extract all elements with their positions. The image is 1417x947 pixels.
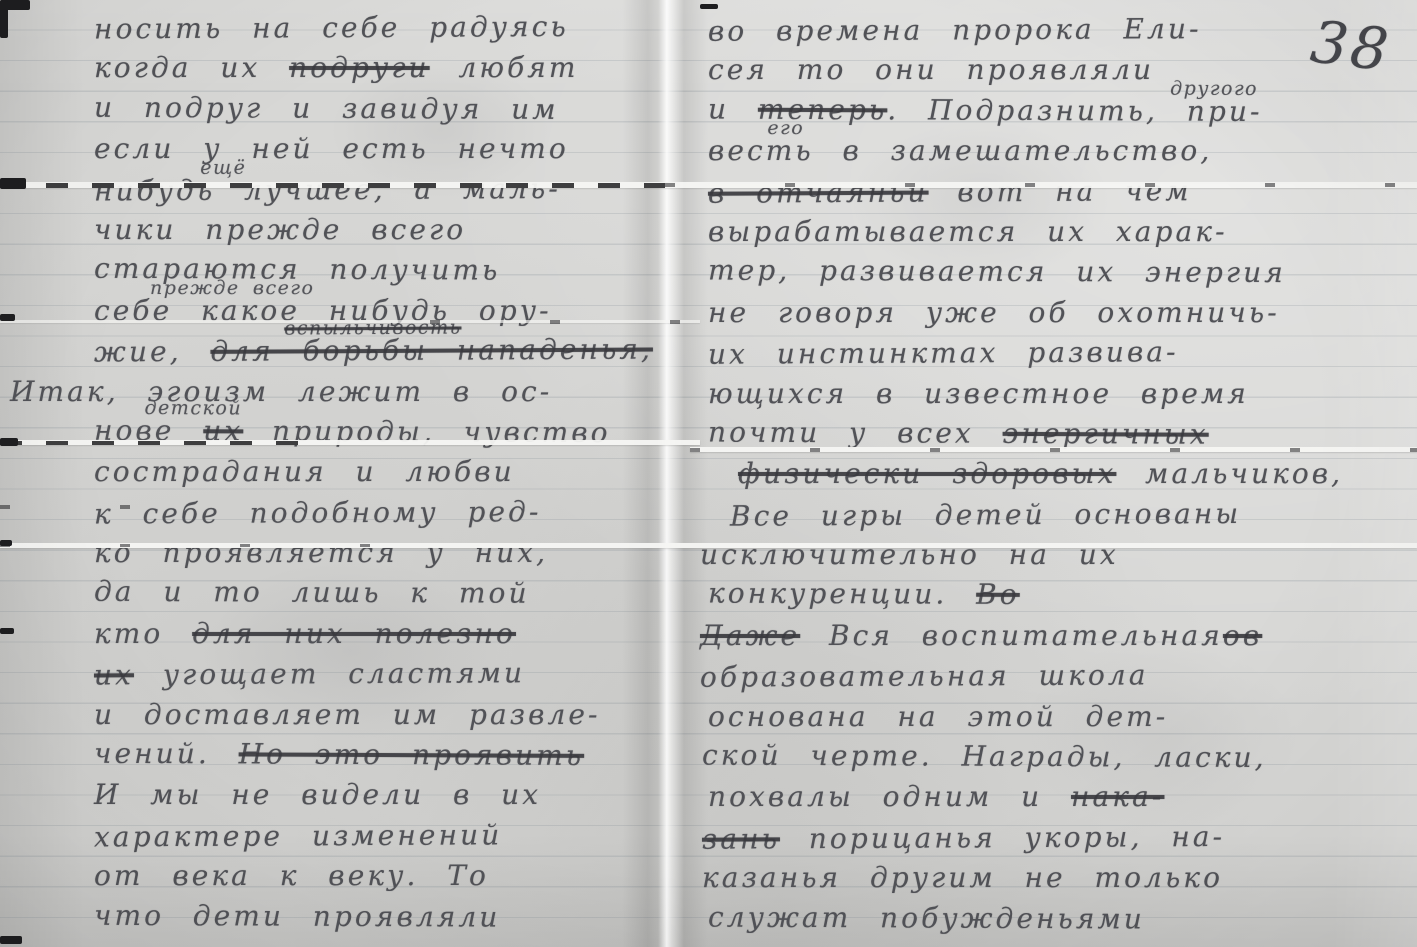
handwritten-text: весть в замешательство, xyxy=(708,134,1212,167)
handwritten-line: и подруг и завидуя им xyxy=(94,88,654,131)
inserted-word: его xyxy=(767,119,804,138)
handwritten-line: не говоря уже об охотничь- xyxy=(708,293,1368,333)
handwritten-text: ющихся в известное время xyxy=(708,377,1249,410)
handwritten-line: сея то они проявляли xyxy=(708,50,1368,90)
handwritten-line: образовательная школа xyxy=(700,655,1368,699)
handwritten-line: в отчаяньи вот на чем xyxy=(708,170,1368,214)
handwritten-text: служат побужденьями xyxy=(708,900,1145,935)
handwritten-line: физически здоровых мальчиков, xyxy=(738,454,1368,494)
struck-text: зань xyxy=(702,822,780,855)
handwritten-text: да и то лишь к той xyxy=(94,575,530,610)
handwritten-line: от века к веку. То xyxy=(94,856,654,896)
handwritten-line: и доставляет им развле- xyxy=(94,695,654,735)
struck-text: энергичных xyxy=(1003,417,1209,451)
handwritten-text: порицанья укоры, на- xyxy=(780,820,1225,855)
handwritten-line: во времена пророка Ели- xyxy=(708,8,1368,52)
handwritten-text: и xyxy=(708,92,758,125)
handwritten-line: и теперь. Подразнить, при-другого xyxy=(708,89,1368,132)
page-number: 38 xyxy=(1307,7,1395,84)
handwritten-text: если у ней есть нечто xyxy=(94,132,569,165)
struck-text: физически здоровых xyxy=(738,457,1116,490)
handwritten-line: конкуренции. Во xyxy=(708,574,1368,617)
handwritten-line: вырабатывается их харак- xyxy=(708,212,1368,252)
handwritten-line: основана на этой дет- xyxy=(708,697,1368,737)
handwritten-line: их инстинктах развива- xyxy=(708,331,1368,375)
scan-artifact-mark xyxy=(700,4,718,9)
struck-text: Даже xyxy=(700,619,800,652)
handwritten-text: ко проявляется у них, xyxy=(94,536,548,569)
handwritten-text: угощает сластями xyxy=(134,656,525,691)
handwritten-line: тер, развивается их энергия xyxy=(708,251,1368,294)
handwritten-line: Все игры детей основаны xyxy=(730,493,1368,537)
handwritten-line: весть в замешательство,его xyxy=(708,131,1368,171)
handwritten-line: почти у всех энергичных xyxy=(708,412,1368,455)
left-page: носить на себе радуяськогда их подруги л… xyxy=(94,8,654,937)
handwritten-text: конкуренции. xyxy=(708,577,976,611)
handwritten-text: и подруг и завидуя им xyxy=(94,91,559,126)
handwritten-line: да и то лишь к той xyxy=(94,572,654,615)
handwritten-text: когда их xyxy=(94,51,289,84)
inserted-word: детской xyxy=(144,399,242,418)
handwritten-text: Все игры детей основаны xyxy=(730,497,1241,533)
handwritten-line: ской черте. Награды, ласки, xyxy=(702,736,1368,779)
handwritten-text: чений. xyxy=(94,737,239,771)
handwritten-line: если у ней есть нечто xyxy=(94,129,654,169)
handwritten-text: вырабатывается их харак- xyxy=(708,215,1228,248)
handwritten-text: тер, развивается их энергия xyxy=(708,254,1286,290)
struck-text: ов xyxy=(1223,619,1262,652)
handwritten-line: Итак, эгоизм лежит в ос- xyxy=(10,372,654,412)
scan-artifact-mark xyxy=(0,540,12,546)
struck-text: в отчаяньи xyxy=(708,175,929,209)
handwritten-text: сея то они проявляли xyxy=(708,53,1154,86)
handwritten-line: характере изменений xyxy=(94,814,654,857)
inserted-word: прежде всего xyxy=(150,279,315,298)
struck-text: Во xyxy=(976,578,1020,611)
struck-text: подруги xyxy=(289,51,430,84)
handwritten-text: чики прежде всего xyxy=(94,213,466,246)
handwritten-line: Даже Вся воспитательнаяов xyxy=(700,616,1368,656)
handwritten-text: ской черте. Награды, ласки, xyxy=(702,739,1267,774)
handwritten-line: ющихся в известное время xyxy=(708,374,1368,414)
handwritten-line: кто для них полезно xyxy=(94,614,654,654)
handwritten-text: характере изменений xyxy=(94,818,502,853)
handwritten-line: когда их подруги любят xyxy=(94,48,654,88)
handwritten-line: казанья другим не только xyxy=(702,858,1368,898)
handwritten-text: жие, xyxy=(94,335,211,369)
handwritten-text: их инстинктах развива- xyxy=(708,335,1179,370)
handwritten-line: исключительно на их xyxy=(700,535,1368,575)
handwritten-line: к себе подобному ред- xyxy=(94,491,654,534)
handwritten-line: что дети проявляли xyxy=(94,895,654,938)
handwritten-line: похвалы одним и нака- xyxy=(708,777,1368,817)
handwritten-line: их угощает сластями xyxy=(94,653,654,696)
handwritten-text: природы, чувство xyxy=(243,414,610,449)
handwritten-line: служат побужденьями xyxy=(708,897,1368,940)
handwritten-text: вот на чем xyxy=(928,174,1191,208)
handwritten-line: чики прежде всего xyxy=(94,210,654,250)
scan-artifact-mark xyxy=(0,438,18,446)
inserted-word: другого xyxy=(1170,79,1258,98)
handwritten-text: почти у всех xyxy=(708,415,1003,449)
handwritten-text: казанья другим не только xyxy=(702,861,1223,894)
handwritten-text: от века к веку. То xyxy=(94,859,489,892)
inserted-word: вспыльчивость xyxy=(284,319,461,339)
inserted-word: ещё xyxy=(200,158,246,177)
handwritten-line: жие, для борьбы нападенья,вспыльчивость xyxy=(94,330,654,373)
handwritten-text: исключительно на их xyxy=(700,538,1119,571)
handwritten-text: и доставляет им развле- xyxy=(94,698,601,731)
handwritten-text: кто xyxy=(94,617,192,650)
struck-text: нака- xyxy=(1071,780,1164,813)
handwritten-line: нове их природы, чувстводетской xyxy=(94,411,654,454)
handwritten-text: мальчиков, xyxy=(1116,457,1343,490)
struck-text: Но это проявить xyxy=(239,737,585,772)
handwritten-line: нибудь лучшее, а маль-ещё xyxy=(94,168,654,211)
handwritten-line: зань порицанья укоры, на- xyxy=(702,816,1368,860)
handwritten-line: чений. Но это проявить xyxy=(94,734,654,777)
handwritten-line: И мы не видели в их xyxy=(94,775,654,815)
scan-artifact-mark xyxy=(0,936,22,944)
scan-artifact-mark xyxy=(0,0,8,38)
notebook-scan: носить на себе радуяськогда их подруги л… xyxy=(0,0,1417,947)
struck-text: их xyxy=(94,659,134,692)
handwritten-text: И мы не видели в их xyxy=(94,778,541,811)
handwritten-text: что дети проявляли xyxy=(94,898,501,933)
handwritten-line: сострадания и любви xyxy=(94,452,654,492)
handwritten-text: Итак, эгоизм лежит в ос- xyxy=(10,375,552,408)
struck-text: для них полезно xyxy=(192,617,516,650)
handwritten-text: любят xyxy=(430,51,579,84)
handwritten-text: Вся воспитательная xyxy=(800,619,1223,652)
scan-artifact-mark xyxy=(0,178,26,189)
handwritten-text: носить на себе радуясь xyxy=(94,10,569,45)
right-page: во времена пророка Ели-сея то они проявл… xyxy=(708,10,1368,939)
handwritten-text: нибудь лучшее, а маль- xyxy=(94,172,561,207)
handwritten-line: ко проявляется у них, xyxy=(94,533,654,573)
handwritten-text: образовательная школа xyxy=(700,659,1149,694)
handwritten-line: носить на себе радуясь xyxy=(94,7,654,50)
handwritten-text: не говоря уже об охотничь- xyxy=(708,296,1280,329)
handwritten-text: во времена пророка Ели- xyxy=(708,12,1202,48)
scan-artifact-mark xyxy=(0,314,15,321)
handwritten-text: похвалы одним и xyxy=(708,780,1071,813)
handwritten-text: к себе подобному ред- xyxy=(94,495,542,530)
scan-artifact-mark xyxy=(0,628,14,634)
handwritten-text: основана на этой дет- xyxy=(708,700,1168,733)
handwritten-text: сострадания и любви xyxy=(94,455,515,488)
